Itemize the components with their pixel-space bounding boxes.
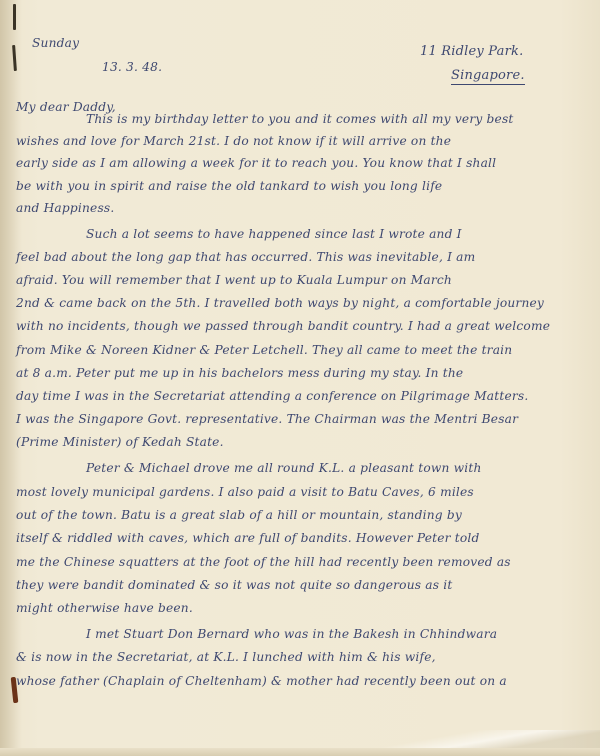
letter-line: This is my birthday letter to you and it…: [86, 112, 514, 126]
letter-line: at 8 a.m. Peter put me up in his bachelo…: [16, 366, 463, 380]
letter-line: from Mike & Noreen Kidner & Peter Letche…: [16, 343, 512, 357]
letter-line: day time I was in the Secretariat attend…: [16, 389, 528, 403]
letter-line: 2nd & came back on the 5th. I travelled …: [16, 296, 544, 310]
letter-line: (Prime Minister) of Kedah State.: [16, 435, 224, 449]
letter-line: Such a lot seems to have happened since …: [86, 227, 462, 241]
letter-line: with no incidents, though we passed thro…: [16, 319, 550, 333]
letter-line: feel bad about the long gap that has occ…: [16, 250, 475, 264]
letter-line: most lovely municipal gardens. I also pa…: [16, 485, 474, 499]
letter-line: out of the town. Batu is a great slab of…: [16, 508, 462, 522]
letter-line: and Happiness.: [16, 201, 114, 215]
address-line-1: 11 Ridley Park.: [420, 44, 523, 59]
letter-line: me the Chinese squatters at the foot of …: [16, 555, 511, 569]
letter-line: I was the Singapore Govt. representative…: [16, 412, 518, 426]
paper-bottom-edge: [0, 748, 600, 756]
letter-line: itself & riddled with caves, which are f…: [16, 531, 480, 545]
letter-line: whose father (Chaplain of Cheltenham) & …: [16, 674, 507, 688]
letter-line: wishes and love for March 21st. I do not…: [16, 134, 451, 148]
letter-line: Peter & Michael drove me all round K.L. …: [86, 461, 482, 475]
letter-line: early side as I am allowing a week for i…: [16, 156, 496, 170]
binding-mark-top: [13, 4, 16, 30]
letter-line: might otherwise have been.: [16, 601, 193, 615]
letter-line: I met Stuart Don Bernard who was in the …: [86, 627, 497, 641]
letter-date: 13. 3. 48.: [102, 60, 162, 74]
letter-line: they were bandit dominated & so it was n…: [16, 578, 452, 592]
letter-line: & is now in the Secretariat, at K.L. I l…: [16, 650, 436, 664]
address-line-2: Singapore.: [451, 68, 525, 85]
letter-day: Sunday: [32, 36, 79, 50]
letter-line: be with you in spirit and raise the old …: [16, 179, 442, 193]
letter-page: Sunday 13. 3. 48. 11 Ridley Park. Singap…: [0, 0, 600, 756]
letter-line: afraid. You will remember that I went up…: [16, 273, 452, 287]
